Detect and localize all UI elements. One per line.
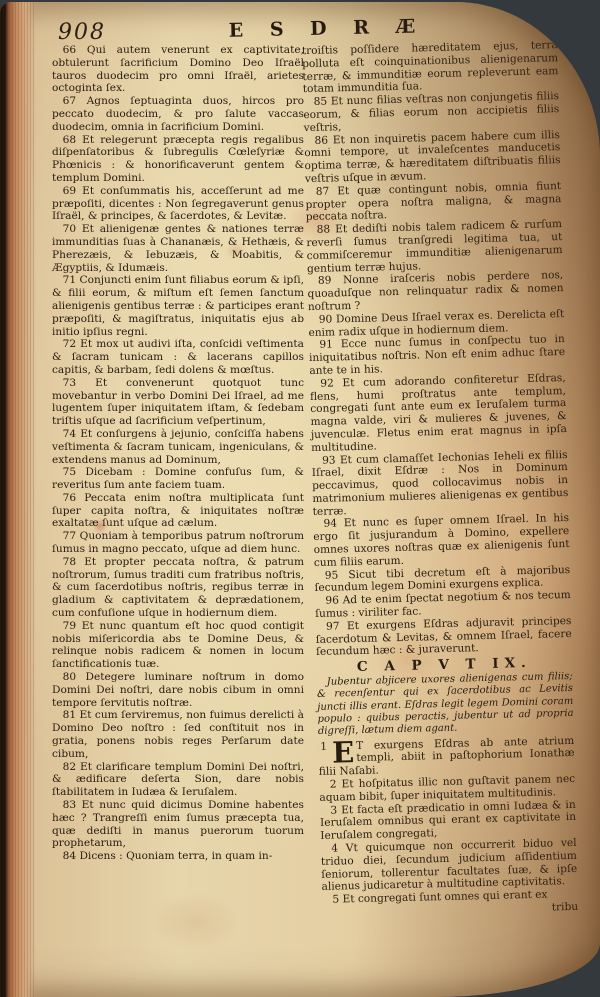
verse-paragraph: 67 Agnos ſeptuaginta duos, hircos pro pe…	[52, 95, 304, 133]
verse-paragraph: 89 Nonne iraſceris nobis perdere nos, qu…	[307, 269, 564, 313]
verse-paragraph: 88 Et dediſti nobis talem radicem & rurſ…	[306, 218, 563, 275]
chapter-argument: Jubentur abjicere uxores alienigenas cum…	[317, 671, 574, 738]
verse-paragraph: 75 Dicebam : Domine confuſus ſum, & reve…	[52, 466, 304, 492]
verse-paragraph: 66 Qui autem venerunt ex captivitate, ob…	[52, 44, 304, 95]
verse-paragraph: 74 Et conſurgens à jejunio, conſciſſa ha…	[52, 428, 304, 466]
verse-paragraph: 69 Et conſummatis his, acceſſerunt ad me…	[52, 185, 304, 223]
verse-paragraph: 92 Et cum adorando confiteretur Eſdras, …	[310, 372, 568, 455]
verse-paragraph: 94 Et nunc es ſuper omnem Iſrael. In his…	[313, 512, 570, 569]
book-page: 908 E S D R Æ 66 Qui autem venerunt ex c…	[0, 2, 600, 997]
stain-spot	[150, 892, 240, 952]
verse-paragraph: 71 Conjuncti enim ſunt filiabus eorum & …	[52, 274, 304, 338]
verse-paragraph: 72 Et mox ut audivi iſta, conſcidi veſti…	[52, 338, 304, 376]
verse-paragraph: 84 Dicens : Quoniam terra, in quam in-	[52, 850, 304, 863]
verse-paragraph: 81 Et cum ſerviremus, non fuimus derelic…	[52, 709, 304, 760]
verse-paragraph: 77 Quoniam à temporibus patrum noſtrorum…	[52, 530, 304, 556]
verse-paragraph: 80 Detegere luminare noſtrum in domo Dom…	[52, 671, 304, 709]
verse-paragraph: troiſtis poſſidere hæreditatem ejus, ter…	[302, 39, 559, 96]
left-column: 66 Qui autem venerunt ex captivitate, ob…	[52, 44, 304, 863]
verse-paragraph: 4 Vt quicumque non occurrerit biduo vel …	[321, 837, 578, 894]
drop-cap-initial: E	[332, 740, 355, 765]
verse-paragraph: 83 Et nunc quid dicimus Domine habentes …	[52, 799, 304, 850]
verse-paragraph: 93 Et cum clamaſſet Iechonias Ieheli ex …	[311, 448, 568, 518]
verse-paragraph: 87 Et quæ contingunt nobis, omnia fiunt …	[305, 180, 562, 224]
right-column-text: troiſtis poſſidere hæreditatem ejus, ter…	[302, 39, 578, 907]
verse-paragraph: 85 Et nunc filias veſtras non conjungeti…	[303, 90, 560, 134]
verse-paragraph: 68 Et relegerunt præcepta regis regalibu…	[52, 134, 304, 185]
verse-number: 1	[320, 740, 327, 753]
book-scan: 908 E S D R Æ 66 Qui autem venerunt ex c…	[0, 0, 600, 997]
page-fore-edge	[0, 2, 36, 997]
verse-paragraph: 82 Et clarificare templum Domini Dei noſ…	[52, 761, 304, 799]
verse-paragraph: 78 Et propter peccata noſtra, & patrum n…	[52, 556, 304, 620]
verse-paragraph: 73 Et convenerunt quotquot tunc movebant…	[52, 377, 304, 428]
verse-paragraph: 79 Et nunc quantum eſt hoc quod contigit…	[52, 620, 304, 671]
verse-paragraph: 76 Peccata enim noſtra multiplicata ſunt…	[52, 492, 304, 530]
right-column: troiſtis poſſidere hæreditatem ejus, ter…	[302, 39, 579, 920]
verse-paragraph: 91 Ecce nunc ſumus in conſpectu tuo in i…	[309, 333, 566, 377]
verse-paragraph: 1ET exurgens Eſdras ab ante atrium templ…	[318, 734, 575, 778]
verse-paragraph: 86 Et non inquiretis pacem habere cum il…	[304, 129, 561, 186]
verse-paragraph: 70 Et alienigenæ gentes & nationes terræ…	[52, 223, 304, 274]
verse-paragraph: 97 Et exurgens Eſdras adjuravit principe…	[315, 615, 572, 659]
verse-paragraph: 3 Et facta eſt prædicatio in omni Iudæa …	[320, 798, 577, 842]
